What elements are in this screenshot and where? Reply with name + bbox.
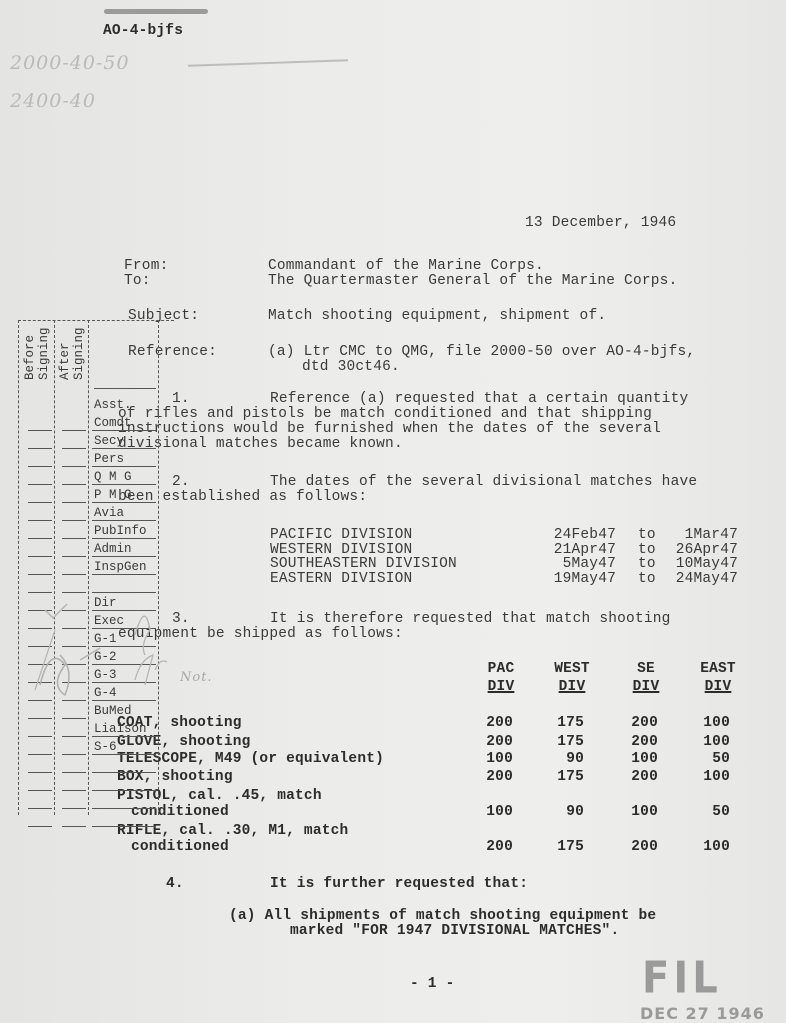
office-label: Q M G — [94, 471, 132, 484]
column-header: SE — [626, 662, 666, 677]
quantity-cell: 100 — [453, 805, 513, 820]
date-separator: to — [638, 528, 656, 543]
letter-date: 13 December, 1946 — [525, 216, 676, 231]
quantity-cell: 100 — [670, 716, 730, 731]
from-label: From: — [124, 259, 169, 274]
para-1-line: instructions would be furnished when the… — [118, 422, 661, 437]
pencil-initials-mark — [20, 590, 200, 720]
subject-value: Match shooting equipment, shipment of. — [268, 309, 606, 324]
after-signing-blank — [62, 826, 86, 827]
quantity-cell: 200 — [598, 735, 658, 750]
slip-header-before-signing: Before Signing — [23, 327, 51, 380]
date-separator: to — [638, 572, 656, 587]
handwritten-note-2: 2400-40 — [10, 90, 96, 112]
para-1-line: of rifles and pistols be match condition… — [118, 407, 652, 422]
slip-top-border — [18, 320, 174, 321]
column-header-sub: DIV — [626, 680, 666, 695]
redaction-mark — [104, 9, 208, 14]
quantity-cell: 200 — [453, 770, 513, 785]
page-number: - 1 - — [410, 977, 455, 992]
routing-slip: Before Signing After Signing Asst.ComdtS… — [18, 320, 164, 815]
to-label: To: — [124, 274, 151, 289]
date-separator: to — [638, 557, 656, 572]
para-2-number: 2. — [172, 475, 190, 490]
handwritten-line — [188, 59, 348, 67]
office-underline — [92, 826, 156, 827]
quantity-cell: 100 — [670, 735, 730, 750]
column-header-sub: DIV — [481, 680, 521, 695]
quantity-cell: 200 — [453, 840, 513, 855]
office-label: Avia — [94, 507, 124, 520]
quantity-cell: 200 — [453, 735, 513, 750]
para-1-number: 1. — [172, 392, 190, 407]
column-header: PAC — [481, 662, 521, 677]
reference-line-2: dtd 30ct46. — [302, 360, 400, 375]
start-date: 24Feb47 — [554, 528, 616, 543]
routing-row — [18, 808, 164, 830]
from-value: Commandant of the Marine Corps. — [268, 259, 544, 274]
handwritten-note-1: 2000-40-50 — [10, 52, 130, 74]
office-label: P M G — [94, 489, 132, 502]
column-header: WEST — [552, 662, 592, 677]
quantity-cell: 175 — [524, 840, 584, 855]
office-label: Admin — [94, 543, 132, 556]
quantity-cell: 175 — [524, 735, 584, 750]
start-date: 19May47 — [554, 572, 616, 587]
before-signing-blank — [28, 826, 52, 827]
quantity-cell: 100 — [670, 770, 730, 785]
slip-header-line — [94, 388, 156, 389]
quantity-cell: 50 — [670, 805, 730, 820]
reference-line-1: (a) Ltr CMC to QMG, file 2000-50 over AO… — [268, 345, 695, 360]
quantity-cell: 90 — [524, 805, 584, 820]
quantity-cell: 175 — [524, 770, 584, 785]
equipment-item-cont: conditioned — [131, 840, 229, 855]
quantity-cell: 200 — [598, 716, 658, 731]
para-2-line: The dates of the several divisional matc… — [270, 475, 697, 490]
office-label: Liaison — [94, 723, 147, 736]
quantity-cell: 200 — [598, 770, 658, 785]
para-4a-line-2: marked "FOR 1947 DIVISIONAL MATCHES". — [290, 924, 619, 939]
quantity-cell: 100 — [598, 805, 658, 820]
office-label: Asst. — [94, 399, 132, 412]
quantity-cell: 100 — [598, 752, 658, 767]
quantity-cell: 175 — [524, 716, 584, 731]
office-label: PubInfo — [94, 525, 147, 538]
office-label: Comdt — [94, 417, 132, 430]
document-page: AO-4-bjfs 2000-40-50 2400-40 13 December… — [0, 0, 786, 1023]
start-date: 5May47 — [563, 557, 616, 572]
quantity-cell: 200 — [598, 840, 658, 855]
division-name: SOUTHEASTERN DIVISION — [270, 557, 457, 572]
para-3-line: It is therefore requested that match sho… — [270, 612, 671, 627]
end-date: 10May47 — [676, 557, 738, 572]
para-1-line: Reference (a) requested that a certain q… — [270, 392, 688, 407]
office-label: InspGen — [94, 561, 147, 574]
end-date: 1Mar47 — [685, 528, 738, 543]
para-4a-line-1: (a) All shipments of match shooting equi… — [229, 909, 656, 924]
to-value: The Quartermaster General of the Marine … — [268, 274, 677, 289]
division-name: EASTERN DIVISION — [270, 572, 412, 587]
office-label: Pers — [94, 453, 124, 466]
division-name: PACIFIC DIVISION — [270, 528, 412, 543]
quantity-cell: 90 — [524, 752, 584, 767]
quantity-cell: 100 — [670, 840, 730, 855]
quantity-cell: 100 — [453, 752, 513, 767]
para-4-number: 4. — [166, 877, 184, 892]
file-stamp-date: DEC 27 1946 — [640, 1004, 765, 1023]
office-label: Secy — [94, 435, 124, 448]
column-header-sub: DIV — [552, 680, 592, 695]
office-label: S-6 — [94, 741, 117, 754]
file-stamp: FIL — [642, 953, 722, 1004]
quantity-cell: 200 — [453, 716, 513, 731]
column-header: EAST — [698, 662, 738, 677]
quantity-cell: 50 — [670, 752, 730, 767]
end-date: 24May47 — [676, 572, 738, 587]
column-header-sub: DIV — [698, 680, 738, 695]
file-code: AO-4-bjfs — [103, 24, 183, 39]
slip-header-after-signing: After Signing — [58, 327, 86, 380]
para-4-line: It is further requested that: — [270, 877, 528, 892]
